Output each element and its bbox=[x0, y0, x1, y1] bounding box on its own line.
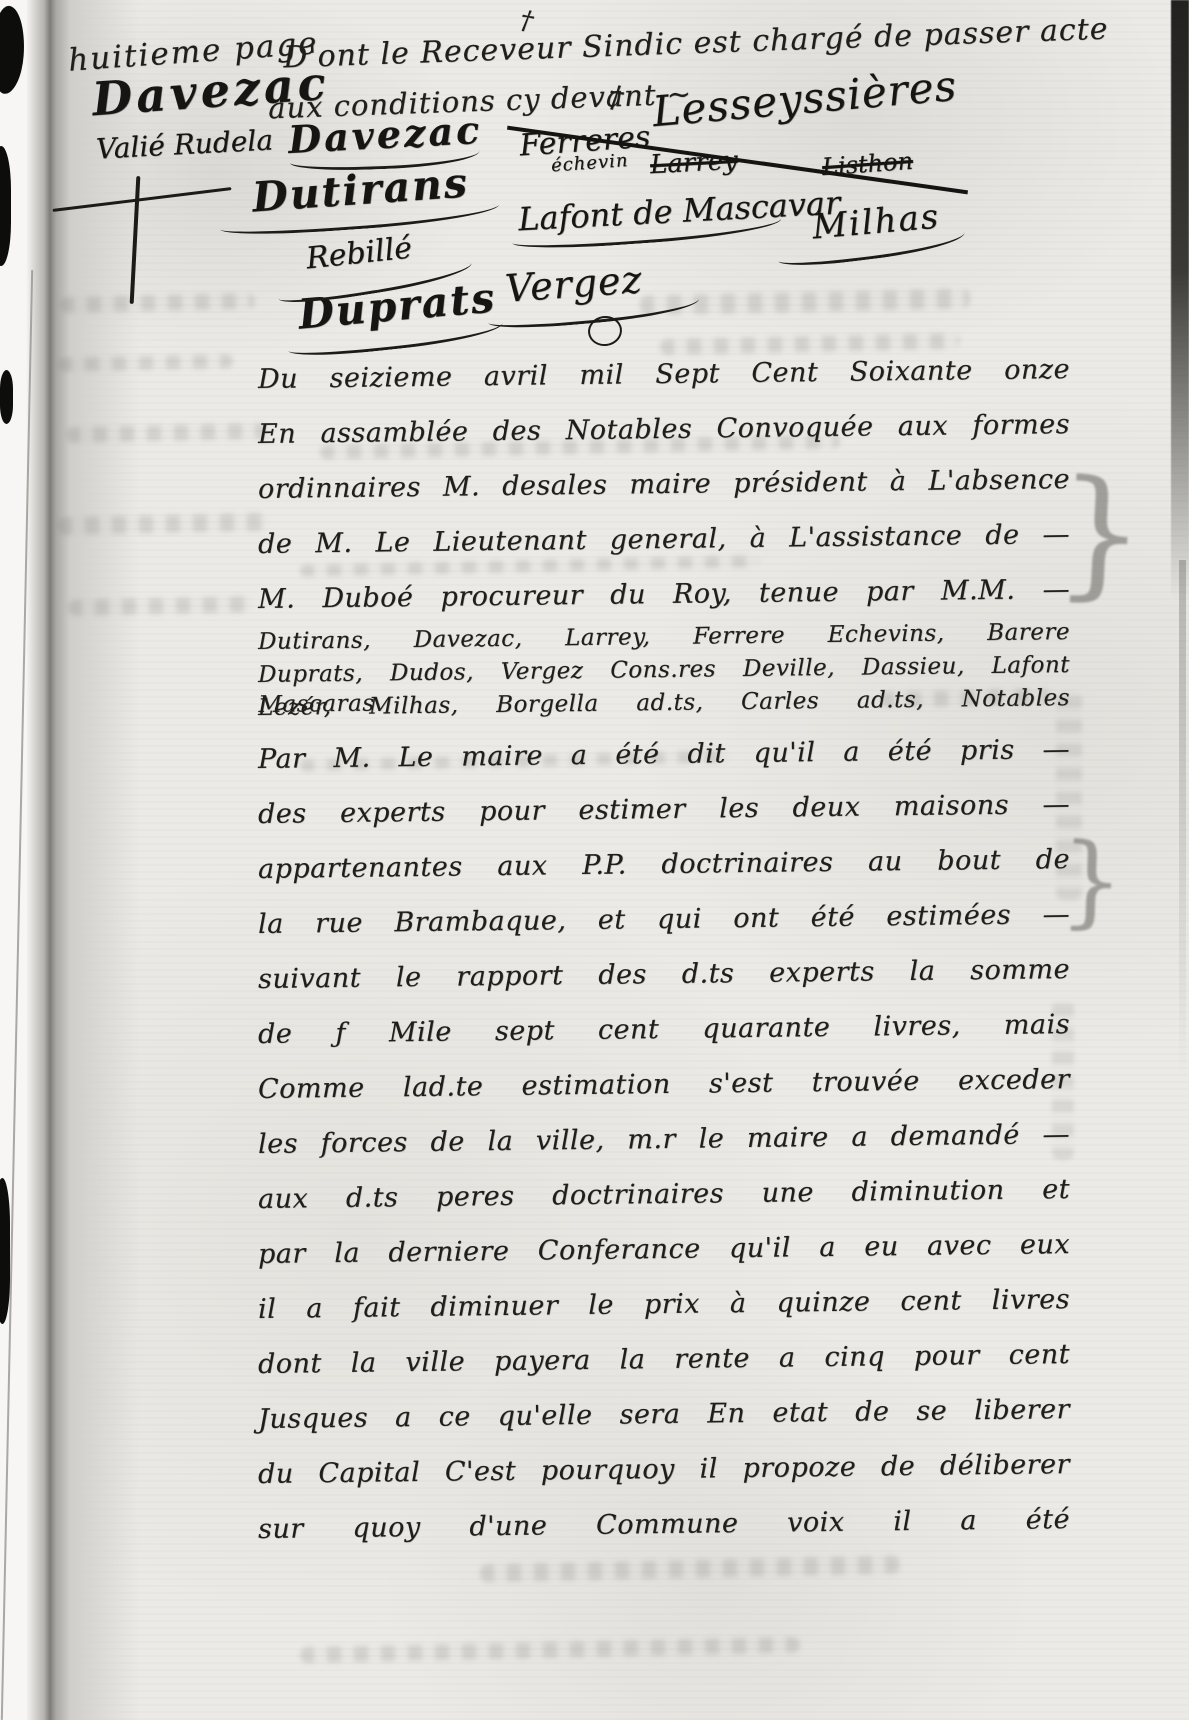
manuscript-line: Jusques a ce qu'elle sera En etat de se … bbox=[258, 1395, 1070, 1435]
manuscript-line: par la derniere Conferance qu'il a eu av… bbox=[258, 1230, 1070, 1270]
manuscript-line: il a fait diminuer le prix à quinze cent… bbox=[258, 1285, 1070, 1325]
margin-ghost-brace: } bbox=[1058, 821, 1126, 940]
bleedthrough-smudge bbox=[58, 513, 268, 535]
binding-ink-blot bbox=[0, 370, 13, 424]
binding-ink-blot bbox=[0, 1178, 10, 1324]
manuscript-line: Par M. Le maire a été dit qu'il a été pr… bbox=[258, 735, 1070, 775]
manuscript-line: En assamblée des Notables Convoquée aux … bbox=[258, 410, 1070, 450]
manuscript-line: Lezér, Milhas, Borgella ad.ts, Carles ad… bbox=[258, 683, 1070, 723]
signature: Vergez bbox=[504, 257, 644, 310]
right-page-edge-shadow bbox=[1179, 560, 1186, 1080]
manuscript-line: suivant le rapport des d.ts experts la s… bbox=[258, 955, 1070, 995]
manuscript-line: sur quoy d'une Commune voix il a été bbox=[258, 1505, 1070, 1545]
manuscript-line: des experts pour estimer les deux maison… bbox=[258, 790, 1070, 830]
manuscript-line: la rue Brambaque, et qui ont été estimée… bbox=[258, 900, 1070, 940]
manuscript-line: M. Duboé procureur du Roy, tenue par M.M… bbox=[258, 575, 1070, 615]
manuscript-line: dont la ville payera la rente a cinq pou… bbox=[258, 1340, 1070, 1380]
bleedthrough-smudge bbox=[660, 333, 960, 355]
deliberation-text-block: Du seizieme avril mil Sept Cent Soixante… bbox=[258, 360, 1070, 1565]
signature: Rebillé bbox=[304, 231, 413, 277]
manuscript-line: de M. Le Lieutenant general, à L'assista… bbox=[258, 520, 1070, 560]
manuscript-line: Du seizieme avril mil Sept Cent Soixante… bbox=[258, 355, 1070, 395]
manuscript-line: aux d.ts peres doctrinaires une diminuti… bbox=[258, 1175, 1070, 1215]
right-page-edge-shadow bbox=[1171, 0, 1189, 600]
bleedthrough-smudge bbox=[60, 293, 255, 313]
manuscript-line: ordinnaires M. desales maire président à… bbox=[258, 465, 1070, 505]
bleedthrough-smudge bbox=[58, 354, 233, 372]
bleedthrough-smudge bbox=[300, 1637, 800, 1663]
bleedthrough-smudge bbox=[68, 596, 253, 616]
manuscript-page-scan: huitieme page D'ont le Receveur Sindic e… bbox=[0, 0, 1189, 1720]
manuscript-line: les forces de la ville, m.r le maire a d… bbox=[258, 1120, 1070, 1160]
manuscript-line: appartenantes aux P.P. doctrinaires au b… bbox=[258, 845, 1070, 885]
signature: Lesseyssières bbox=[650, 61, 958, 136]
clause-line: D'ont le Receveur Sindic est chargé de p… bbox=[283, 12, 1109, 76]
bleedthrough-smudge bbox=[66, 423, 266, 443]
margin-ghost-brace: } bbox=[1052, 450, 1149, 617]
manuscript-line: Comme lad.te estimation s'est trouvée ex… bbox=[258, 1065, 1070, 1105]
signature: Ferreres échevin bbox=[518, 119, 652, 178]
manuscript-line: de ƒ Mile sept cent quarante livres, mai… bbox=[258, 1010, 1070, 1050]
manuscript-line: du Capital C'est pourquoy il propoze de … bbox=[258, 1450, 1070, 1490]
